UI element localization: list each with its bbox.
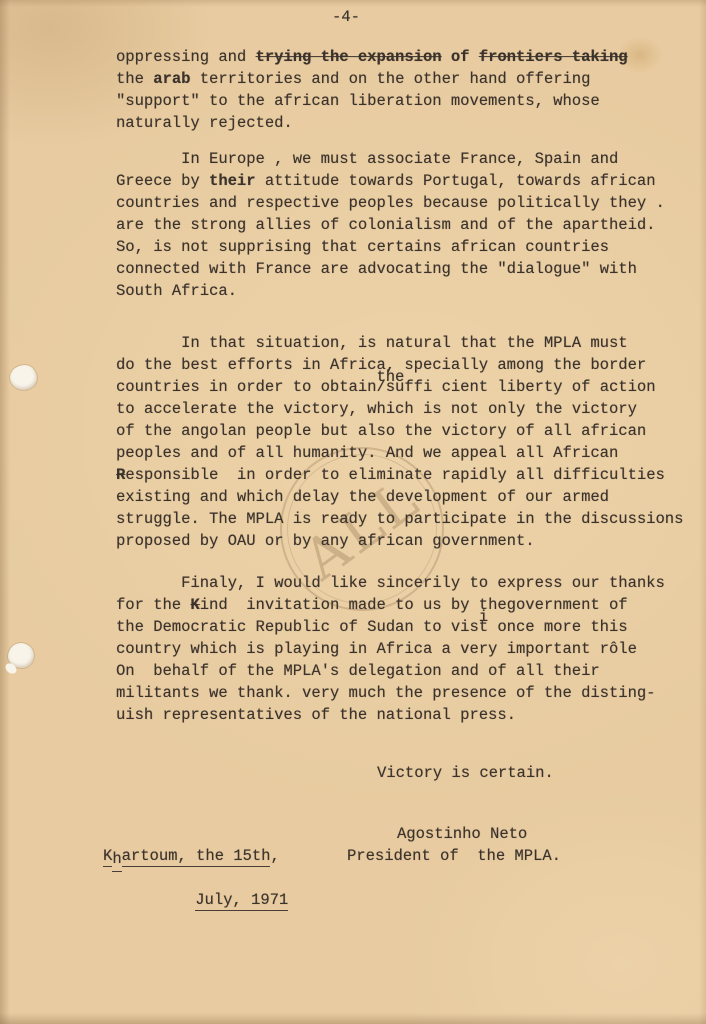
signature-name: Agostinho Neto [397, 823, 527, 845]
page-number: -4- [332, 6, 360, 28]
paper-page: ALL -4- oppressing and trying the expans… [0, 0, 706, 1024]
dateline-date: July, 1971 [158, 867, 288, 933]
punch-hole-top [10, 365, 37, 390]
paragraph-1: oppressing and trying the expansion of f… [116, 46, 683, 134]
document-body: oppressing and trying the expansion of f… [116, 46, 683, 726]
dateline-place: Khartoum, the 15th, [103, 845, 280, 869]
paragraph-4: Finaly, I would like sincerily to expres… [116, 572, 683, 726]
closing-slogan: Victory is certain. [377, 762, 554, 784]
paragraph-2: In Europe , we must associate France, Sp… [116, 148, 683, 302]
signature-title: President of the MPLA. [347, 845, 561, 867]
dateline-date-text: July, 1971 [195, 891, 288, 911]
punch-hole-bottom [8, 643, 34, 668]
paragraph-3: In that situation, is natural that the M… [116, 332, 683, 552]
